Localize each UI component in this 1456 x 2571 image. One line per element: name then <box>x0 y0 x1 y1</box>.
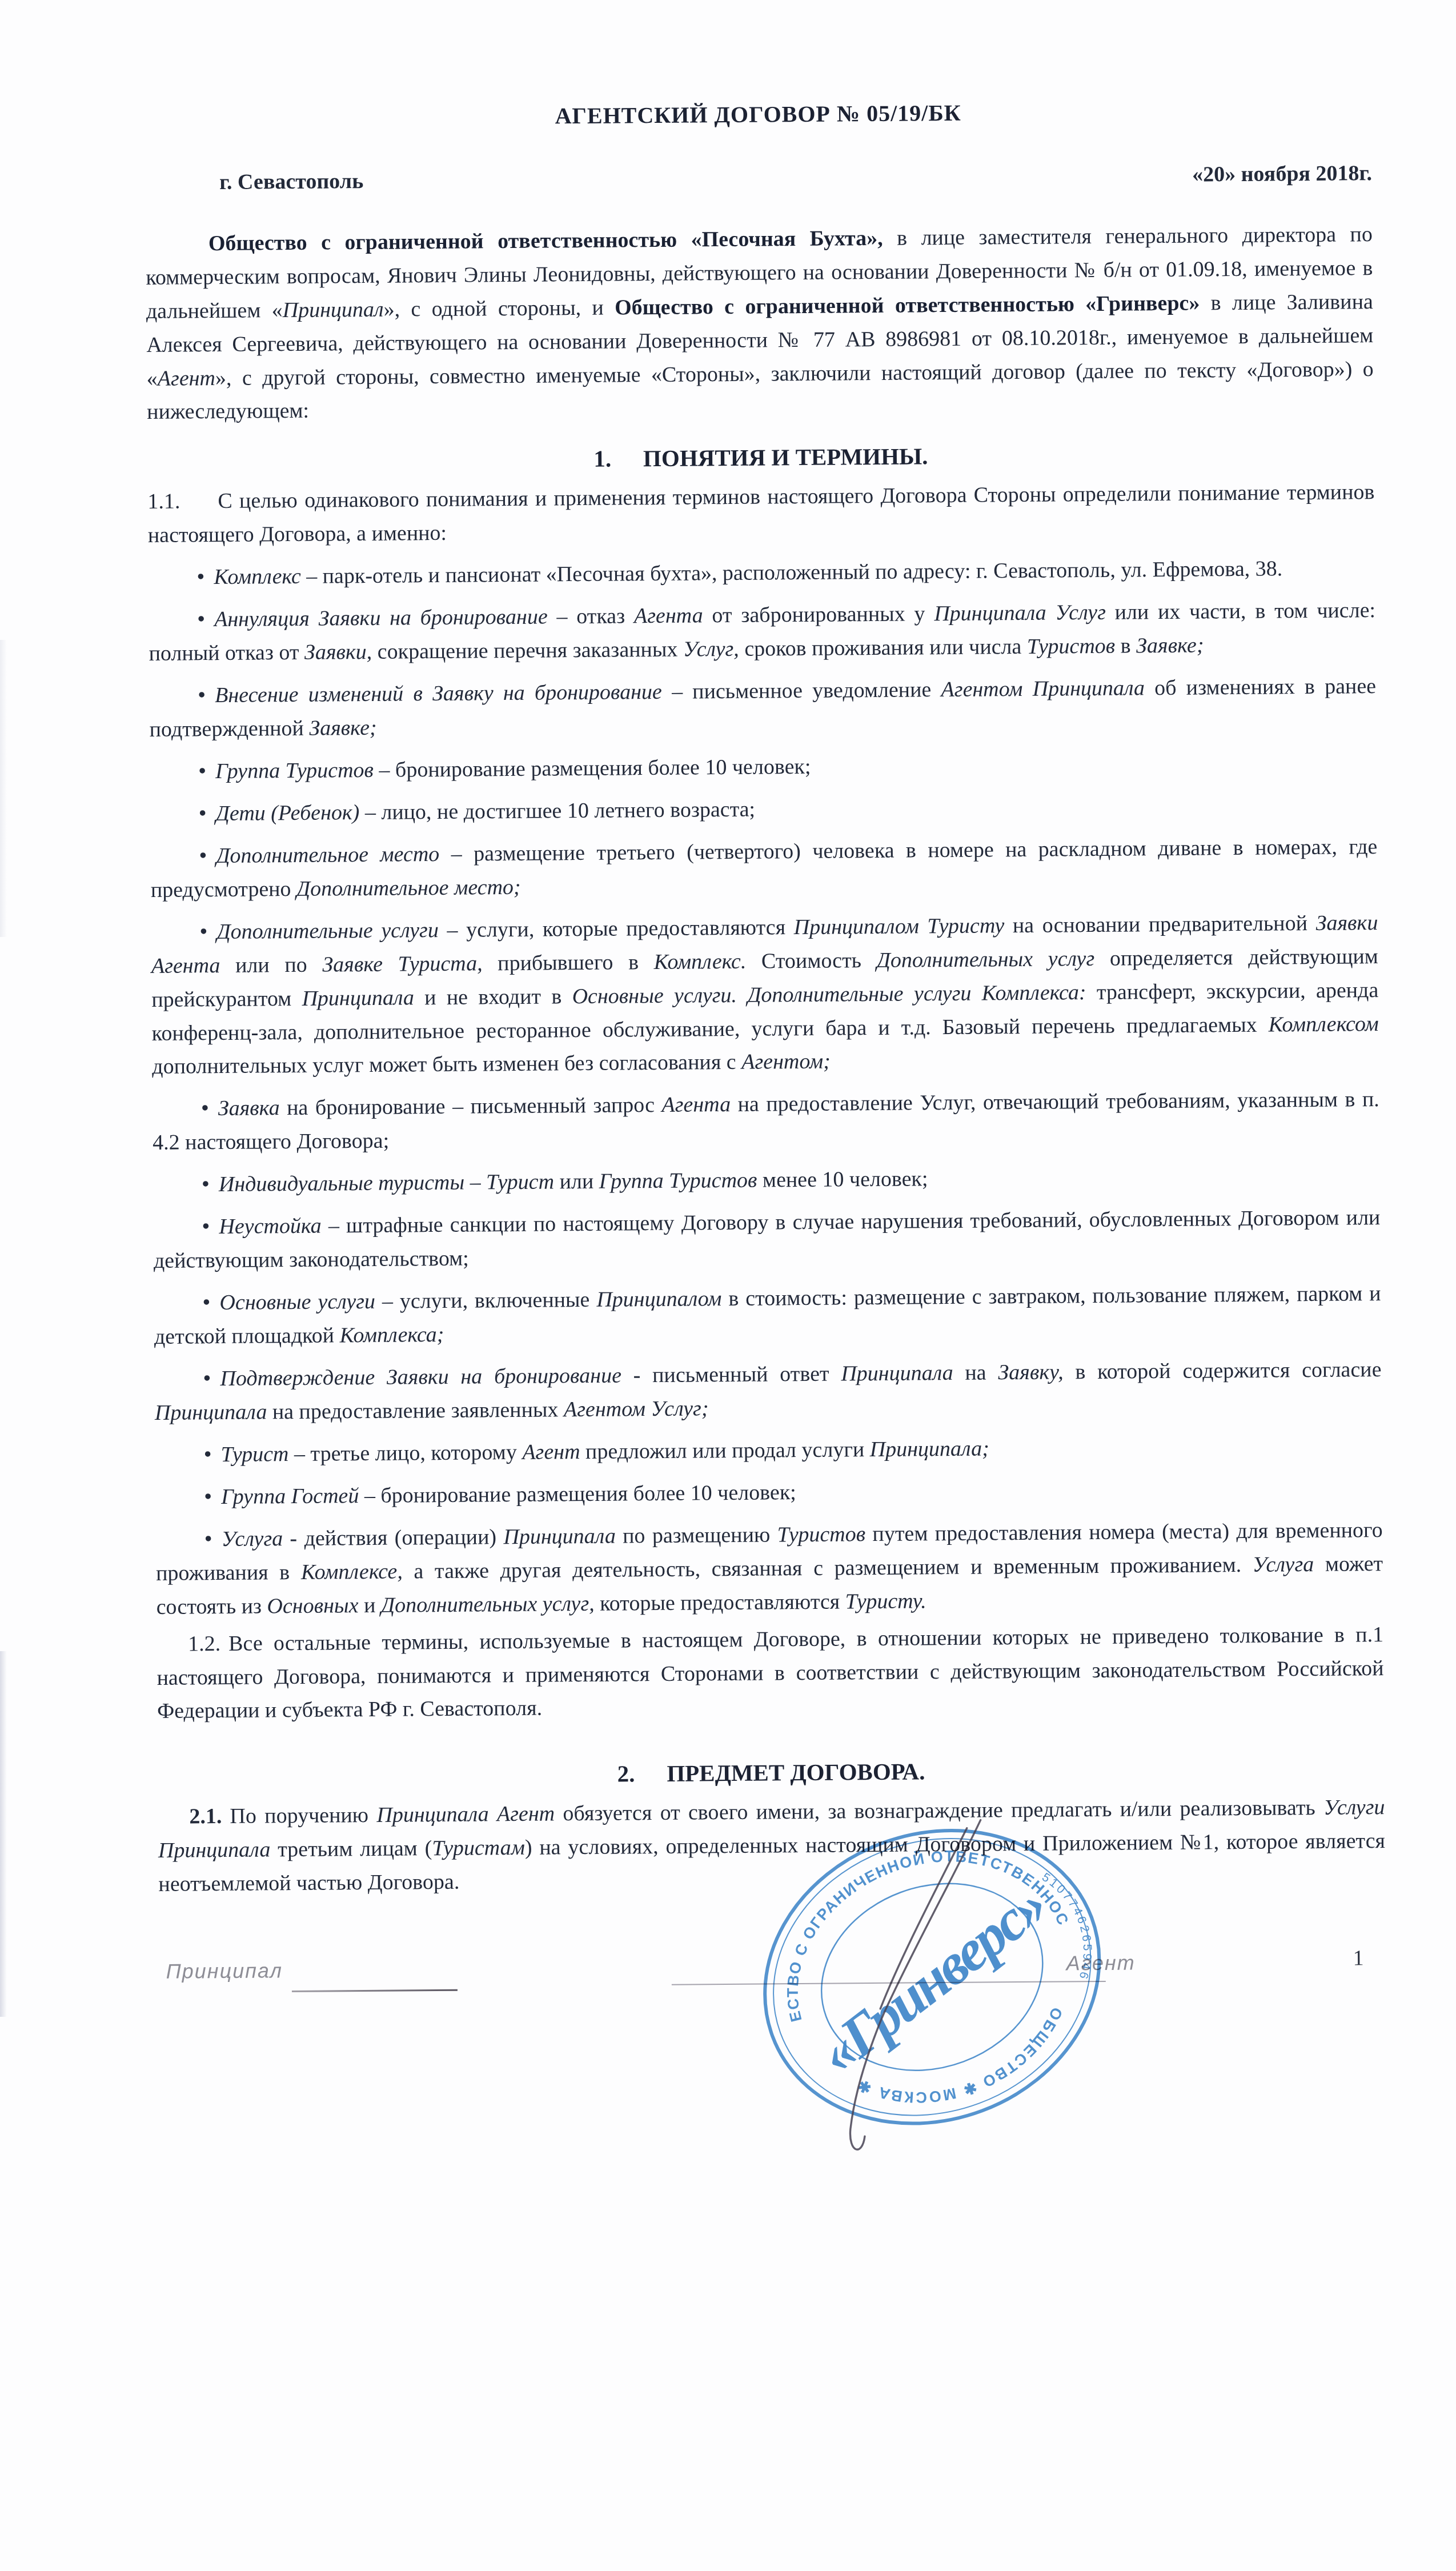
agent-signature-line <box>672 1981 1106 1985</box>
clause-2-1: 2.1.По поручению Принципала Агент обязуе… <box>158 1791 1385 1901</box>
document-content: АГЕНТСКИЙ ДОГОВОР № 05/19/БК г. Севастоп… <box>145 96 1386 2037</box>
bullet-usluga: Услуга - действия (операции) Принципала … <box>155 1512 1383 1624</box>
bullet-neustoyka: Неустойка – штрафные санкции по настояще… <box>153 1199 1381 1278</box>
bullet-zayavka-na-bronirovanie: Заявка на бронирование – письменный запр… <box>153 1081 1380 1160</box>
stamp-company-name: «Гринверс» <box>808 1872 1060 2087</box>
bullet-dopolnitelnye-uslugi: Дополнительные услуги – услуги, которые … <box>151 904 1379 1084</box>
bullet-podtverzhdenie-zayavki: Подтверждение Заявки на бронирование - п… <box>154 1351 1382 1430</box>
bullet-kompleks: Комплекс – парк-отель и пансионат «Песоч… <box>148 550 1375 595</box>
clause-1-1-number: 1.1. <box>147 490 180 514</box>
svg-text:ОБЩЕСТВО ✱ МОСКВА ✱: ОБЩЕСТВО ✱ МОСКВА ✱ <box>849 2001 1082 2135</box>
preamble-paragraph: Общество с ограниченной ответственностью… <box>146 218 1374 429</box>
bullet-annulyatsiya-zayavki: Аннуляция Заявки на бронирование – отказ… <box>149 592 1376 671</box>
clause-1-1: 1.1.С целью одинакового понимания и прим… <box>147 475 1375 552</box>
scan-edge-artifact <box>0 1651 7 2017</box>
scanned-contract-page: АГЕНТСКИЙ ДОГОВОР № 05/19/БК г. Севастоп… <box>0 0 1456 2571</box>
bullet-gruppa-turistov: Группа Туристов – бронирование размещени… <box>150 744 1377 789</box>
city-date-row: г. Севастополь «20» ноября 2018г. <box>145 161 1372 195</box>
stamp-ring-text-bottom: ОБЩЕСТВО ✱ МОСКВА ✱ <box>849 2001 1082 2135</box>
signature-footer: Принципал Агент 1 ОБЩЕСТВО С ОГР <box>159 1942 1386 2037</box>
section-1-number: 1. <box>593 446 611 472</box>
section-1-heading-text: ПОНЯТИЯ И ТЕРМИНЫ. <box>643 443 928 472</box>
document-city: г. Севастополь <box>145 169 363 195</box>
bullet-gruppa-gostey: Группа Гостей – бронирование размещения … <box>155 1469 1382 1515</box>
clause-1-2: 1.2.Все остальные термины, используемые … <box>157 1618 1384 1729</box>
section-2-heading-text: ПРЕДМЕТ ДОГОВОРА. <box>667 1759 925 1787</box>
agent-signature-label: Агент <box>1066 1951 1136 1976</box>
bullet-individualnye-turisty: Индивидуальные туристы – Турист или Груп… <box>153 1157 1380 1202</box>
page-number: 1 <box>1353 1945 1363 1971</box>
section-2-heading: 2.ПРЕДМЕТ ДОГОВОРА. <box>158 1754 1385 1791</box>
section-1-heading: 1.ПОНЯТИЯ И ТЕРМИНЫ. <box>147 439 1374 476</box>
scan-edge-artifact <box>0 640 7 937</box>
clause-1-2-number: 1.2. <box>188 1632 220 1656</box>
bullet-deti-rebenok: Дети (Ребенок) – лицо, не достигшее 10 л… <box>150 786 1377 831</box>
bullet-dopolnitelnoe-mesto: Дополнительное место – размещение третье… <box>150 828 1378 907</box>
document-title: АГЕНТСКИЙ ДОГОВОР № 05/19/БК <box>145 96 1371 133</box>
section-2-number: 2. <box>617 1761 635 1787</box>
document-date: «20» ноября 2018г. <box>1192 161 1372 187</box>
clause-2-1-number: 2.1. <box>189 1804 222 1828</box>
bullet-osnovnye-uslugi: Основные услуги – услуги, включенные При… <box>154 1275 1381 1354</box>
bullet-turist: Турист – третье лицо, которому Агент пре… <box>155 1427 1382 1472</box>
principal-signature-label: Принципал <box>166 1959 283 1984</box>
principal-signature-line <box>292 1989 458 1992</box>
bullet-vnesenie-izmeneniy: Внесение изменений в Заявку на бронирова… <box>149 668 1377 747</box>
